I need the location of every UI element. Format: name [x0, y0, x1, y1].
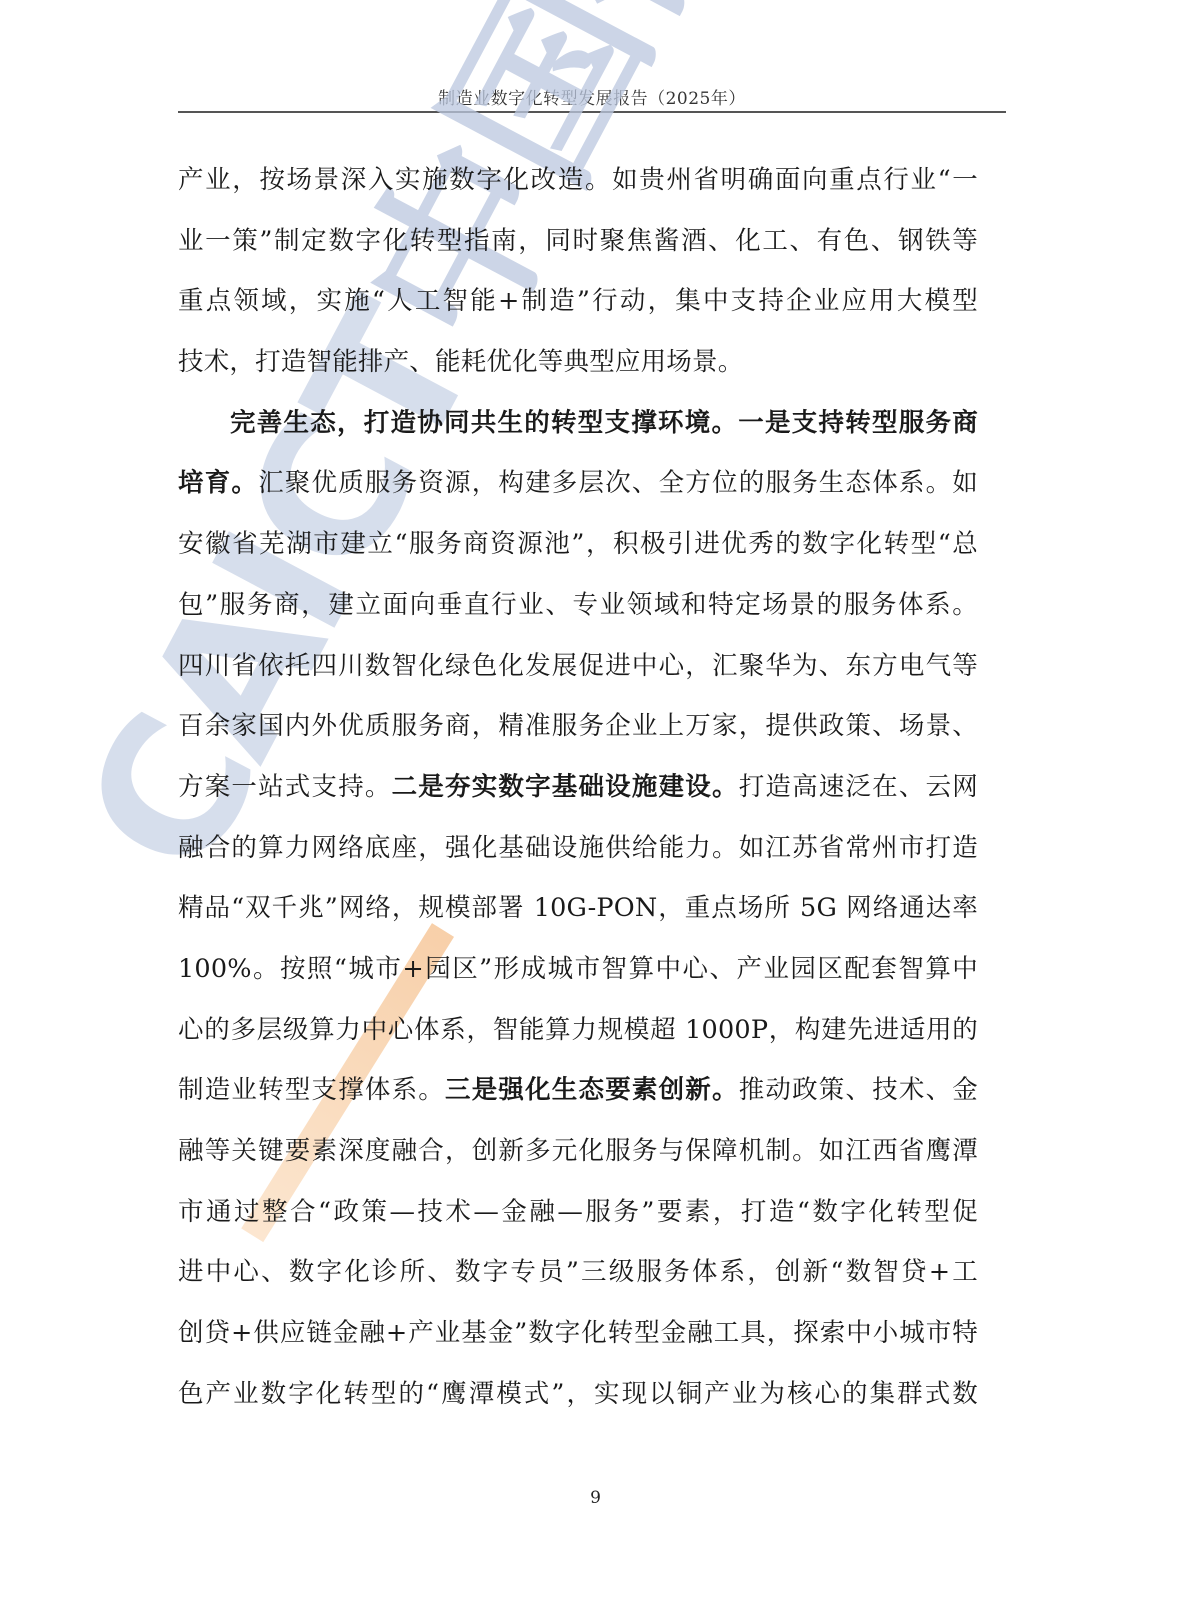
text-run: 安徽省芜湖市建立“服务商资源池”，积极引进优秀的数字化转型“总	[178, 529, 978, 559]
text-line: 融合的算力网络底座，强化基础设施供给能力。如江苏省常州市打造	[178, 818, 978, 879]
bold-lead-phrase: 完善生态，打造协同共生的转型支撑环境。一是支持转型服务商	[230, 408, 978, 438]
text-line: 融等关键要素深度融合，创新多元化服务与保障机制。如江西省鹰潭	[178, 1121, 978, 1182]
text-run: 重点领域，实施“人工智能+制造”行动，集中支持企业应用大模型	[178, 286, 978, 316]
text-run: 市通过整合“政策—技术—金融—服务”要素，打造“数字化转型促	[178, 1197, 978, 1227]
text-line: 安徽省芜湖市建立“服务商资源池”，积极引进优秀的数字化转型“总	[178, 514, 978, 575]
text-run: 精品“双千兆”网络，规模部署 10G-PON，重点场所 5G 网络通达率	[178, 893, 978, 923]
body-text: 产业，按场景深入实施数字化改造。如贵州省明确面向重点行业“一业一策”制定数字化转…	[178, 150, 978, 1424]
text-run: 推动政策、技术、金	[739, 1075, 978, 1105]
text-line: 培育。汇聚优质服务资源，构建多层次、全方位的服务生态体系。如	[178, 453, 978, 514]
page-number: 9	[0, 1488, 1191, 1508]
text-run: 汇聚优质服务资源，构建多层次、全方位的服务生态体系。如	[258, 468, 978, 498]
text-run: 百余家国内外优质服务商，精准服务企业上万家，提供政策、场景、	[178, 711, 978, 741]
text-line: 心的多层级算力中心体系，智能算力规模超 1000P，构建先进适用的	[178, 1000, 978, 1061]
text-line: 精品“双千兆”网络，规模部署 10G-PON，重点场所 5G 网络通达率	[178, 878, 978, 939]
text-run: 产业，按场景深入实施数字化改造。如贵州省明确面向重点行业“一	[178, 165, 978, 195]
bold-lead-phrase: 三是强化生态要素创新。	[445, 1075, 739, 1105]
text-run: 色产业数字化转型的“鹰潭模式”，实现以铜产业为核心的集群式数	[178, 1379, 978, 1409]
text-run: 技术，打造智能排产、能耗优化等典型应用场景。	[178, 347, 743, 377]
document-page: 制造业数字化转型发展报告（2025年） CAICT中国信通院 产业，按场景深入实…	[0, 0, 1191, 1616]
text-run: 100%。按照“城市+园区”形成城市智算中心、产业园区配套智算中	[178, 954, 978, 984]
bold-lead-phrase: 培育。	[178, 468, 258, 498]
text-line: 创贷+供应链金融+产业基金”数字化转型金融工具，探索中小城市特	[178, 1303, 978, 1364]
text-run: 融合的算力网络底座，强化基础设施供给能力。如江苏省常州市打造	[178, 833, 978, 863]
text-line: 技术，打造智能排产、能耗优化等典型应用场景。	[178, 332, 978, 393]
text-line: 包”服务商，建立面向垂直行业、专业领域和特定场景的服务体系。	[178, 575, 978, 636]
bold-lead-phrase: 二是夯实数字基础设施建设。	[392, 772, 739, 802]
text-run: 打造高速泛在、云网	[739, 772, 978, 802]
text-run: 包”服务商，建立面向垂直行业、专业领域和特定场景的服务体系。	[178, 590, 978, 620]
text-run: 制造业转型支撑体系。	[178, 1075, 445, 1105]
text-run: 业一策”制定数字化转型指南，同时聚焦酱酒、化工、有色、钢铁等	[178, 226, 978, 256]
text-line: 完善生态，打造协同共生的转型支撑环境。一是支持转型服务商	[178, 393, 978, 454]
text-line: 百余家国内外优质服务商，精准服务企业上万家，提供政策、场景、	[178, 696, 978, 757]
text-line: 产业，按场景深入实施数字化改造。如贵州省明确面向重点行业“一	[178, 150, 978, 211]
text-run: 融等关键要素深度融合，创新多元化服务与保障机制。如江西省鹰潭	[178, 1136, 978, 1166]
text-run: 创贷+供应链金融+产业基金”数字化转型金融工具，探索中小城市特	[178, 1318, 978, 1348]
text-run: 四川省依托四川数智化绿色化发展促进中心，汇聚华为、东方电气等	[178, 651, 978, 681]
running-header: 制造业数字化转型发展报告（2025年）	[178, 84, 1006, 109]
text-run: 心的多层级算力中心体系，智能算力规模超 1000P，构建先进适用的	[178, 1015, 978, 1045]
text-line: 制造业转型支撑体系。三是强化生态要素创新。推动政策、技术、金	[178, 1060, 978, 1121]
text-line: 业一策”制定数字化转型指南，同时聚焦酱酒、化工、有色、钢铁等	[178, 211, 978, 272]
text-line: 重点领域，实施“人工智能+制造”行动，集中支持企业应用大模型	[178, 271, 978, 332]
text-line: 色产业数字化转型的“鹰潭模式”，实现以铜产业为核心的集群式数	[178, 1364, 978, 1425]
text-line: 市通过整合“政策—技术—金融—服务”要素，打造“数字化转型促	[178, 1182, 978, 1243]
text-run: 方案一站式支持。	[178, 772, 392, 802]
text-line: 100%。按照“城市+园区”形成城市智算中心、产业园区配套智算中	[178, 939, 978, 1000]
text-line: 进中心、数字化诊所、数字专员”三级服务体系，创新“数智贷+工	[178, 1242, 978, 1303]
text-run: 进中心、数字化诊所、数字专员”三级服务体系，创新“数智贷+工	[178, 1257, 978, 1287]
text-line: 四川省依托四川数智化绿色化发展促进中心，汇聚华为、东方电气等	[178, 636, 978, 697]
text-line: 方案一站式支持。二是夯实数字基础设施建设。打造高速泛在、云网	[178, 757, 978, 818]
header-divider	[178, 111, 1006, 113]
